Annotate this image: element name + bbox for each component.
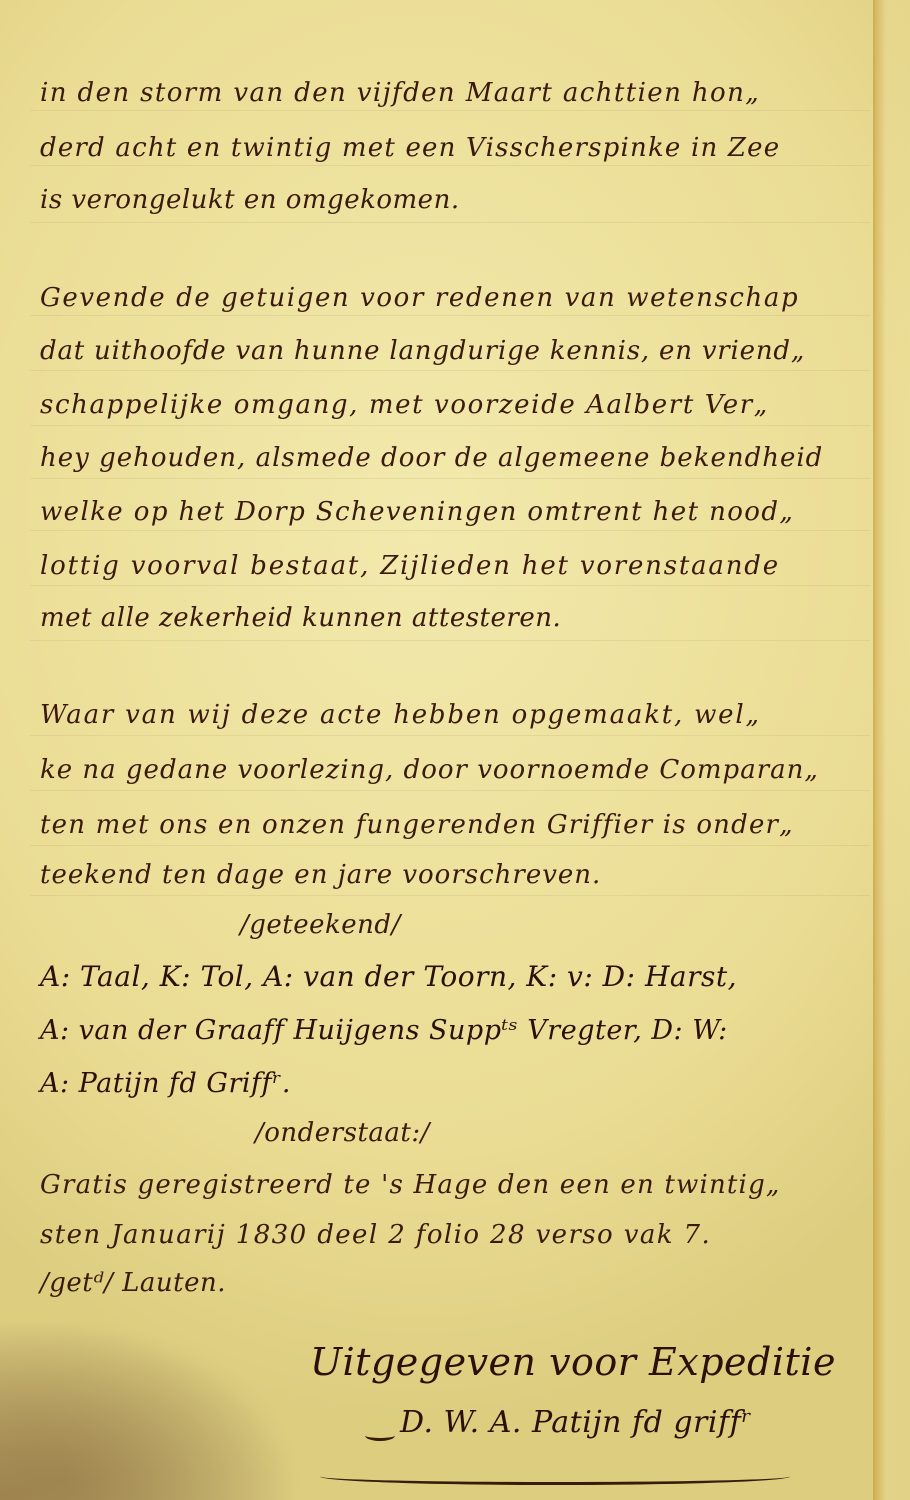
text-line: Gevende de getuigen voor redenen van wet… [40,283,799,313]
registration-line: sten Januarij 1830 deel 2 folio 28 verso… [40,1220,711,1250]
signatory-line: A: van der Graaff Huijgens Suppᵗˢ Vregte… [40,1015,728,1046]
text-line: is verongelukt en omgekomen. [40,185,460,215]
ruled-line [30,895,870,896]
ruled-line [30,478,870,479]
registration-line: Gratis geregistreerd te 's Hage den een … [40,1170,781,1200]
text-line: lottig voorval bestaat, Zijlieden het vo… [40,551,780,581]
signature-underline-flourish [320,1468,790,1485]
ruled-line [30,370,870,371]
ruled-line [30,165,870,166]
closing-title: Uitgegeven voor Expeditie [310,1340,836,1384]
ruled-line [30,845,870,846]
signatory-line: A: Patijn fd Griffʳ. [40,1068,291,1099]
text-line: ke na gedane voorlezing, door voornoemde… [40,755,819,785]
text-line: teekend ten dage en jare voorschreven. [40,860,601,890]
signed-header: /geteekend/ [240,910,401,940]
closing-signature: D. W. A. Patijn fd griffʳ [400,1405,752,1440]
registration-header: /onderstaat:/ [255,1118,430,1148]
text-line: ten met ons en onzen fungerenden Griffie… [40,810,794,840]
ruled-line [30,110,870,111]
text-line: in den storm van den vijfden Maart achtt… [40,78,870,108]
text-line: welke op het Dorp Scheveningen omtrent h… [40,497,794,527]
text-line: derd acht en twintig met een Visscherspi… [40,133,780,163]
text-line: met alle zekerheid kunnen attesteren. [40,603,561,633]
ruled-line [30,735,870,736]
text-line: dat uithoofde van hunne langdurige kenni… [40,336,805,366]
ruled-line [30,585,870,586]
ruled-line [30,425,870,426]
text-line: schappelijke omgang, met voorzeide Aalbe… [40,390,769,420]
ruled-line [30,790,870,791]
text-line: Waar van wij deze acte hebben opgemaakt,… [40,700,761,730]
ruled-line [30,315,870,316]
registration-line: /getᵈ/ Lauten. [40,1268,226,1298]
signatory-line: A: Taal, K: Tol, A: van der Toorn, K: v:… [40,960,737,993]
signature-flourish [365,1430,395,1441]
ruled-line [30,530,870,531]
ruled-line [30,640,870,641]
page-margin-fold [873,0,910,1500]
ruled-line [30,222,870,223]
text-line: hey gehouden, alsmede door de algemeene … [40,443,823,473]
